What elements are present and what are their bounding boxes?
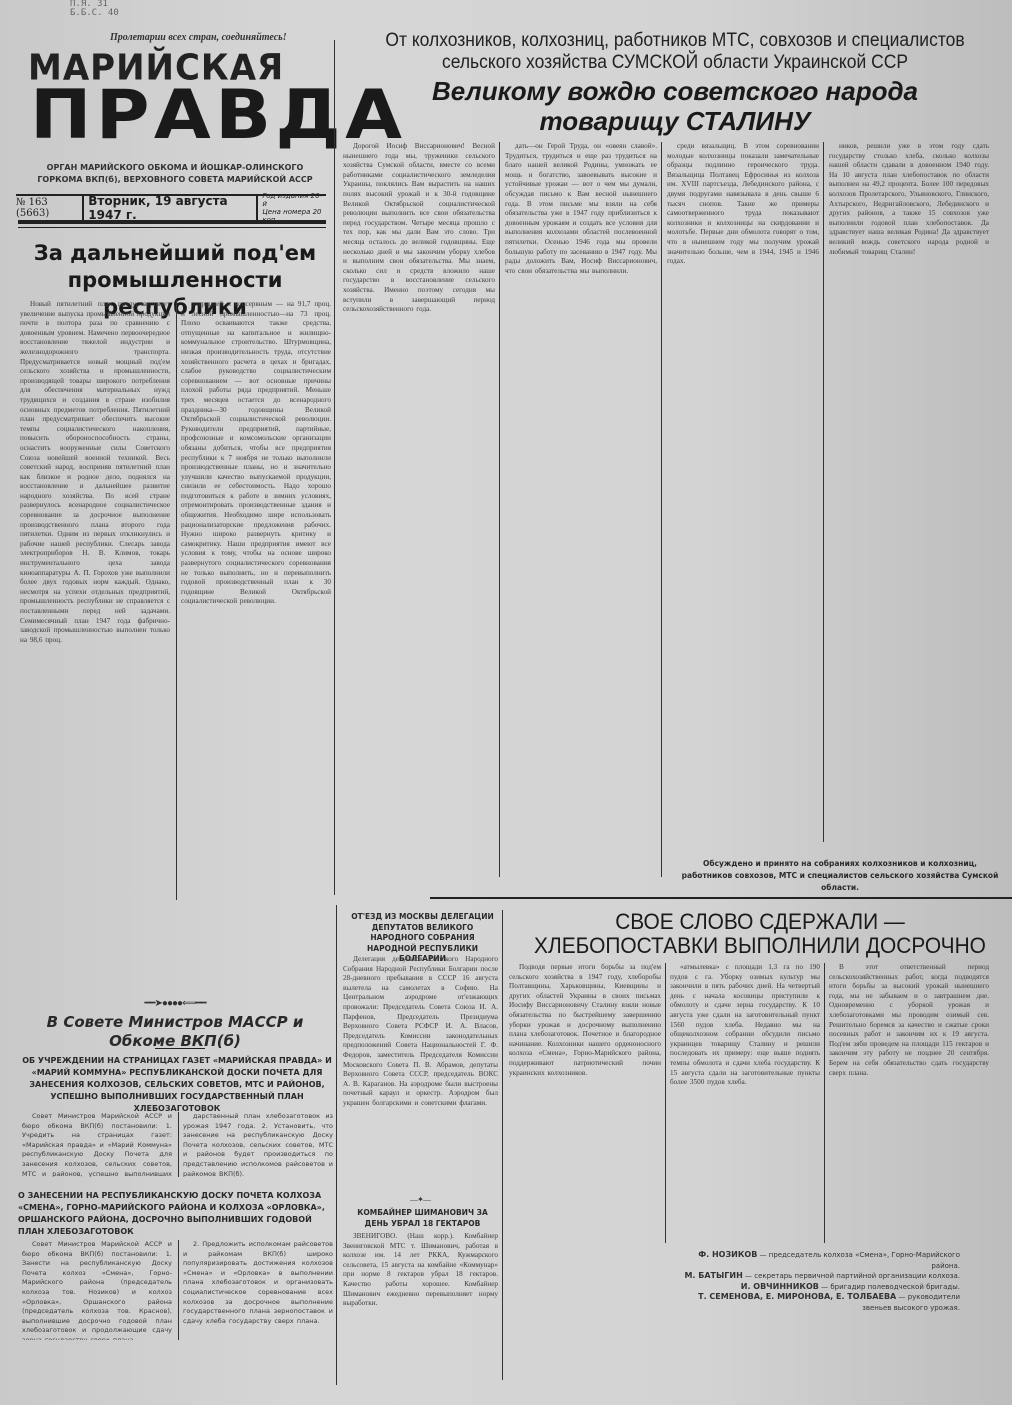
- signature-name: Ф. НОЗИКОВ: [698, 1250, 757, 1259]
- letter-headline-line2: товарищу СТАЛИНУ: [345, 106, 1005, 136]
- signature-role: — секретарь первичной партийной организа…: [745, 1272, 960, 1280]
- masthead-organ: ОРГАН МАРИЙСКОГО ОБКОМА И ЙОШКАР-ОЛИНСКО…: [30, 162, 320, 186]
- letter-headline-line1: Великому вождю советского народа: [345, 76, 1005, 106]
- column-divider: [824, 963, 825, 1243]
- harvest-signatures: Ф. НОЗИКОВ — председатель колхоза «Смена…: [680, 1250, 960, 1313]
- decree2-column-2: 2. Предложить исполкомам райсоветов и ра…: [183, 1240, 333, 1340]
- issue-date: Вторник, 19 августа 1947 г.: [82, 194, 258, 222]
- column-divider: [502, 910, 503, 1380]
- decree1-title: ОБ УЧРЕЖДЕНИИ НА СТРАНИЦАХ ГАЗЕТ «МАРИЙС…: [22, 1055, 332, 1115]
- column-divider: [334, 40, 335, 895]
- letter-headline: Великому вождю советского народа товарищ…: [345, 76, 1005, 136]
- column-divider: [661, 142, 662, 877]
- letter-column-4: ников, решили уже в этом году сдать госу…: [829, 142, 989, 842]
- slogan: Пролетарии всех стран, соединяйтесь!: [110, 32, 287, 43]
- column-divider: [178, 1240, 179, 1340]
- harvest-column-1: Подводя первые итоги борьбы за под'ем се…: [509, 963, 661, 1243]
- signature-name: И. ОВЧИННИКОВ: [741, 1282, 819, 1291]
- harvest-column-2: «атмылевка» с площади 1,3 га по 190 пудо…: [670, 963, 820, 1243]
- section-rule: [430, 897, 1012, 899]
- letter-column-3: среди вязальщиц. В этом соревновании мол…: [667, 142, 819, 877]
- column-divider: [178, 1112, 179, 1177]
- bulgaria-body: Делегация депутатов Великого Народного С…: [343, 955, 498, 1185]
- signature-role: — бригадир полеводческой бригады.: [821, 1283, 960, 1291]
- column-divider: [336, 905, 337, 1385]
- letter-column-2: дать—он Герой Труда, он «овеян славой». …: [505, 142, 657, 877]
- editorial-column-1: Новый пятилетний план предусматривает ув…: [20, 300, 170, 900]
- harvest-headline-line1: СВОЕ СЛОВО СДЕРЖАЛИ —: [523, 910, 998, 934]
- signature: Ф. НОЗИКОВ — председатель колхоза «Смена…: [680, 1250, 960, 1271]
- combine-headline: КОМБАЙНЕР ШИМАНОВИЧ ЗА ДЕНЬ УБРАЛ 18 ГЕК…: [345, 1208, 500, 1229]
- library-stamp: П.Я. 31 Б.Б.С. 40: [70, 0, 119, 18]
- decree2-column-1: Совет Министров Марийской АССР и бюро об…: [22, 1240, 172, 1340]
- small-ornament: —✦—: [390, 1195, 450, 1204]
- signature-name: М. БАТЫГИН: [684, 1271, 742, 1280]
- column-divider: [823, 142, 824, 842]
- issue-number: № 163 (5663): [16, 197, 74, 219]
- signature: Т. СЕМЕНОВА, Е. МИРОНОВА, Е. ТОЛБАЕВА — …: [680, 1292, 960, 1313]
- ornament-divider: ━━➤●●●●⟸━━: [110, 998, 240, 1009]
- signature-role: — председатель колхоза «Смена», Горно-Ма…: [760, 1251, 960, 1270]
- column-divider: [176, 300, 177, 900]
- masthead-rule-bottom: [18, 220, 326, 224]
- year-of-publication: Год издания 26-й: [262, 192, 322, 208]
- signature: И. ОВЧИННИКОВ — бригадир полеводческой б…: [680, 1282, 960, 1293]
- column-divider: [665, 963, 666, 1243]
- decree1-column-1: Совет Министров Марийской АССР и бюро об…: [22, 1112, 172, 1177]
- combine-body: ЗВЕНИГОВО. (Наш корр.). Комбайнер Звениг…: [343, 1232, 498, 1382]
- decree1-column-2: дарственный план хлебозаготовок из урожа…: [183, 1112, 333, 1177]
- letter-closing-note: Обсуждено и принято на собраниях колхозн…: [680, 858, 1000, 894]
- harvest-headline-line2: ХЛЕБОПОСТАВКИ ВЫПОЛНИЛИ ДОСРОЧНО: [523, 934, 998, 958]
- signature: М. БАТЫГИН — секретарь первичной партийн…: [680, 1271, 960, 1282]
- signature-name: Т. СЕМЕНОВА, Е. МИРОНОВА, Е. ТОЛБАЕВА: [698, 1292, 896, 1301]
- heading-underline: [155, 1048, 205, 1049]
- editorial-column-2: операцией и консервным — на 91,7 проц. и…: [181, 300, 331, 900]
- council-section-heading: В Совете Министров МАССР и Обкоме ВКП(б): [20, 1013, 330, 1051]
- letter-from-line: От колхозников, колхозниц, работников МТ…: [371, 30, 978, 74]
- letter-column-1-cont: [343, 800, 495, 878]
- column-divider: [499, 142, 500, 877]
- harvest-column-3: В этот ответственный период сельскохозяй…: [829, 963, 989, 1243]
- harvest-headline: СВОЕ СЛОВО СДЕРЖАЛИ — ХЛЕБОПОСТАВКИ ВЫПО…: [523, 910, 998, 958]
- masthead-rule-thin: [18, 227, 326, 228]
- letter-column-1: Дорогой Иосиф Виссарионович! Весной ныне…: [343, 142, 495, 800]
- decree2-title: О ЗАНЕСЕНИИ НА РЕСПУБЛИКАНСКУЮ ДОСКУ ПОЧ…: [18, 1190, 332, 1238]
- issue-info-row: № 163 (5663) Вторник, 19 августа 1947 г.…: [16, 198, 326, 218]
- masthead-title-line2: ПРАВДА: [30, 82, 343, 150]
